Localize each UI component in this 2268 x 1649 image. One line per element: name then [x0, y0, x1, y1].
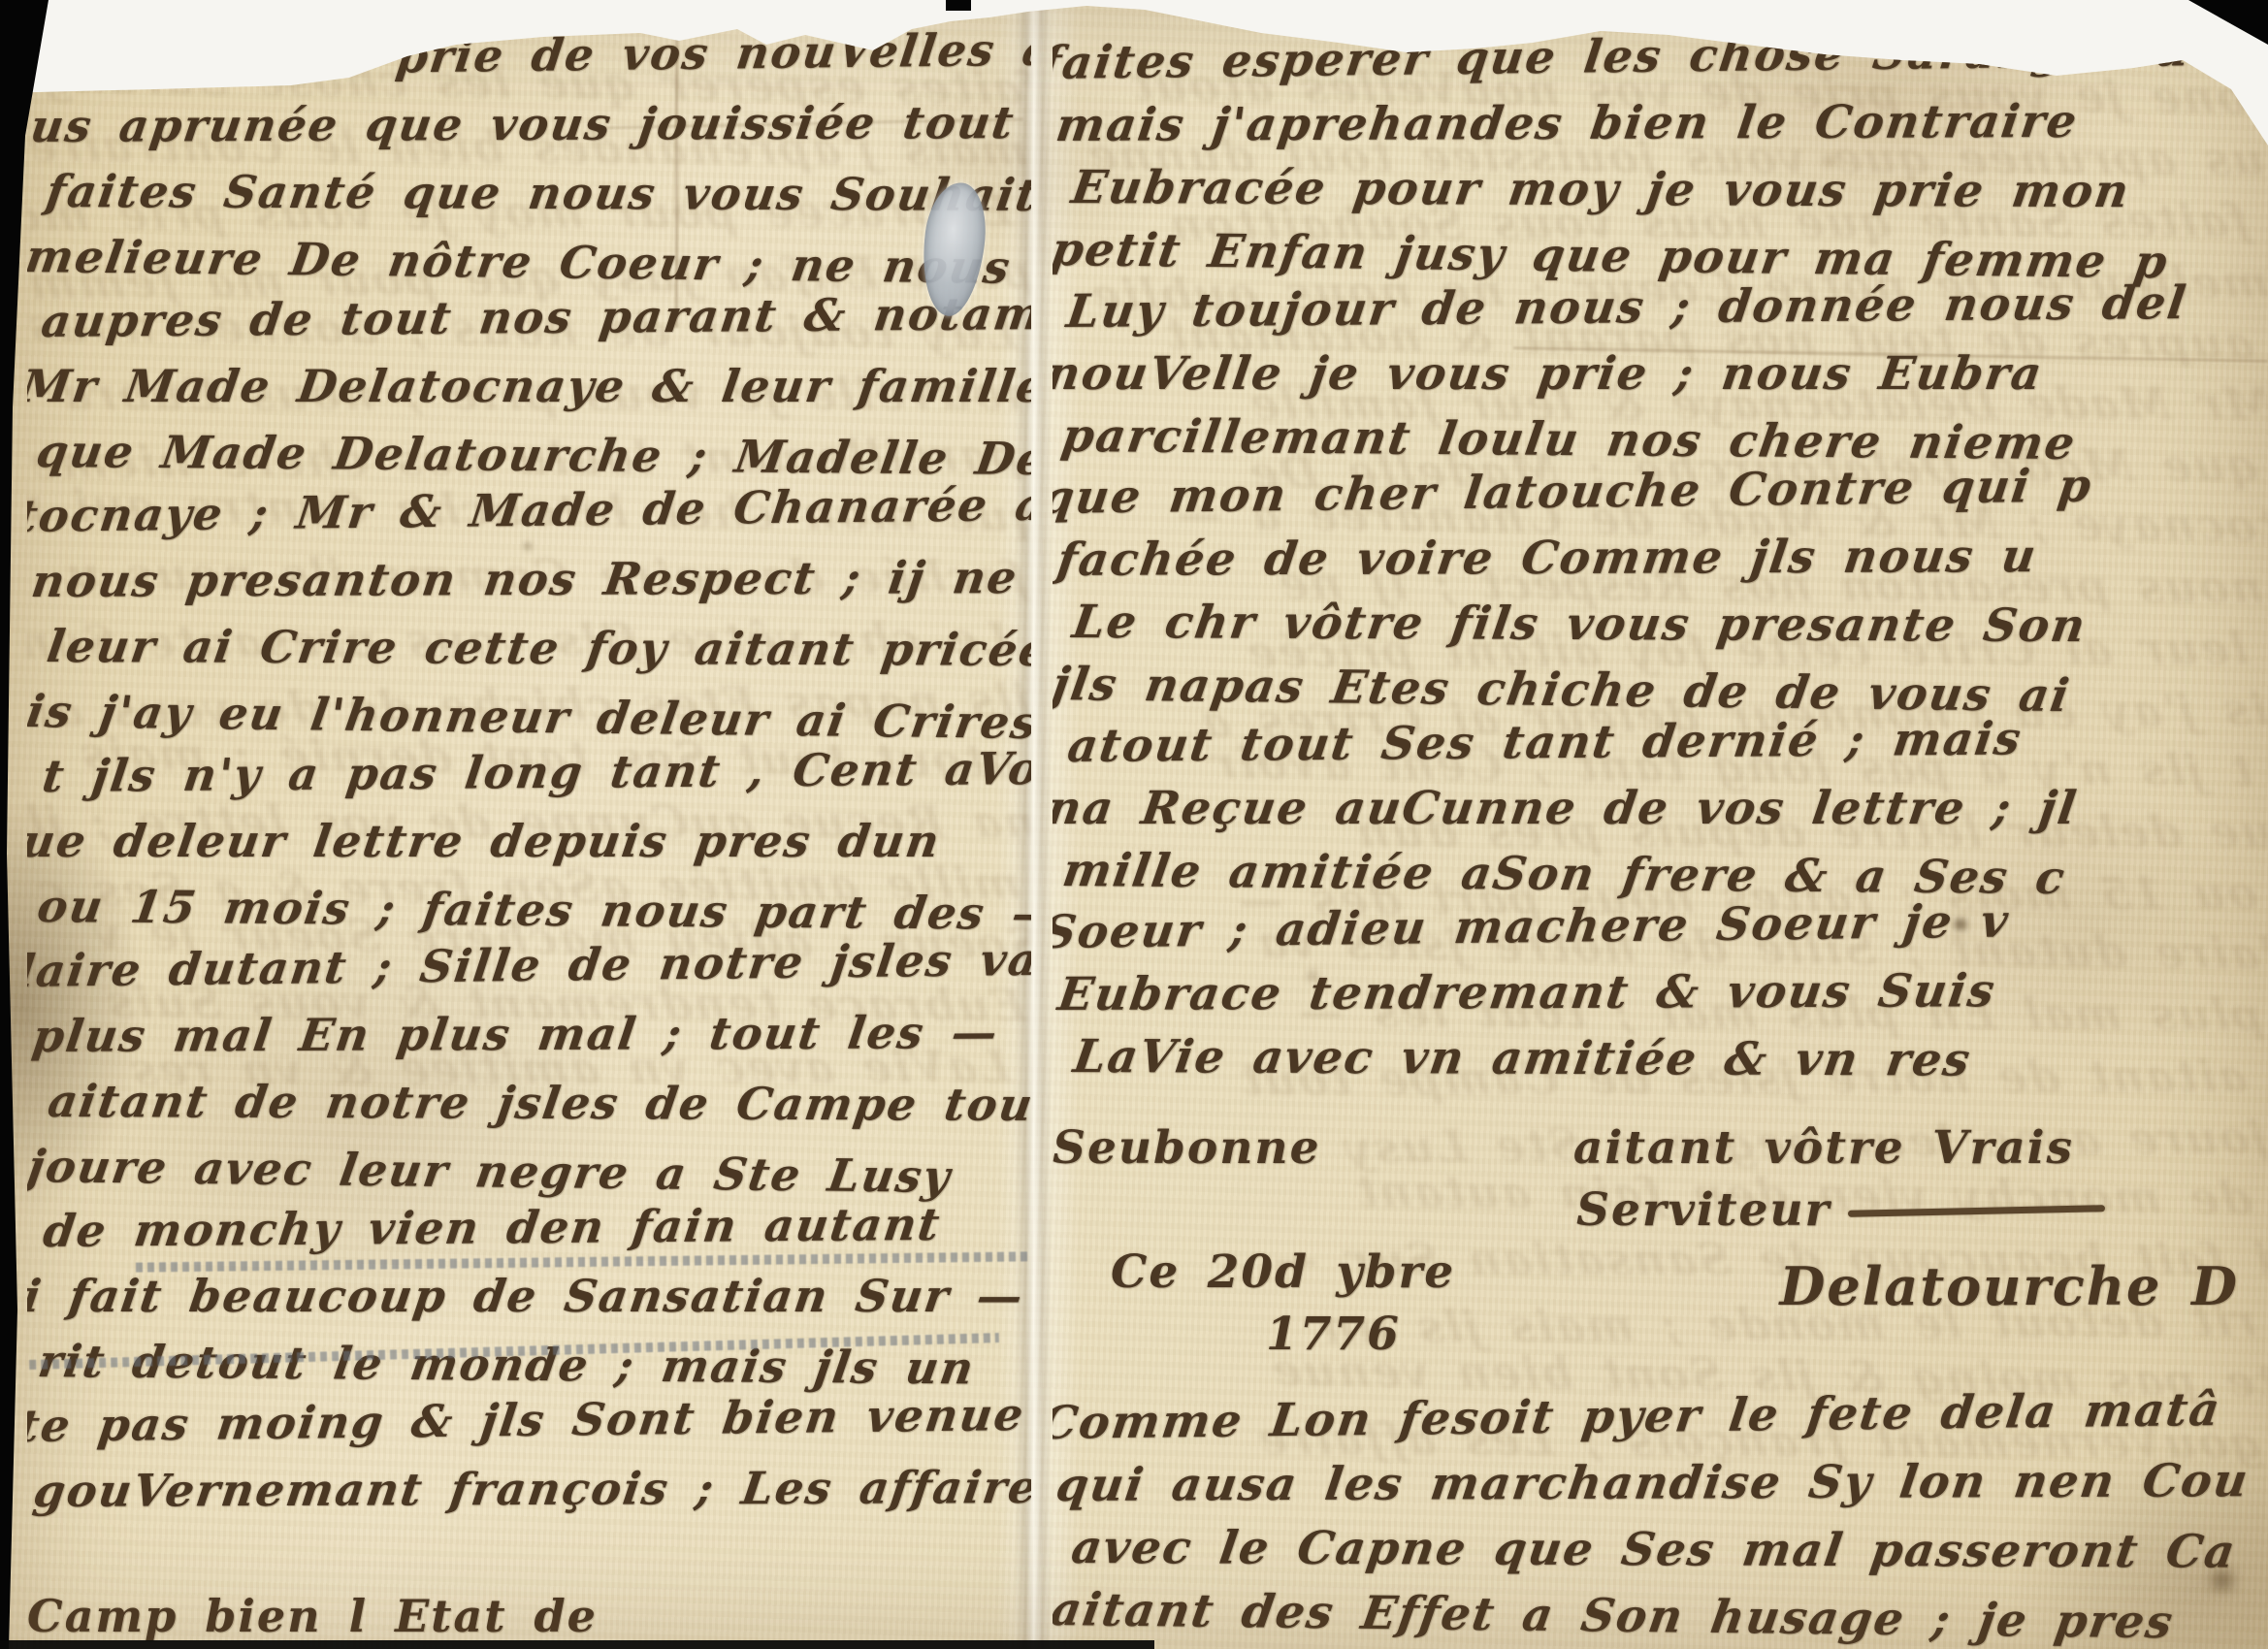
scanner-edge-notch [946, 0, 971, 11]
left-page: done je vous prie de vos nouVelles atout… [27, 29, 1031, 1649]
manuscript-line: faites Santé que nous vous Souhaitton [42, 159, 1031, 228]
right-page-lines: faites esperer que les chose Sarangeroum… [1053, 33, 2268, 1088]
signature: Delatourche D [1780, 1242, 2239, 1317]
closing-phrase: aitant vôtre Vrais [1573, 1117, 2074, 1180]
manuscript-line: us aprunée que vous jouissiée tout dunne [27, 90, 1031, 159]
manuscript-line: atout tout Ses tant dernié ; mais [1064, 707, 2268, 778]
manuscript-line: Comme Lon fesoit pyer le fete dela matâ [1053, 1378, 2268, 1455]
manuscript-line: gouVernemant françois ; Les affaire [29, 1455, 1031, 1524]
manuscript-line: done je vous prie de vos nouVelles atout [27, 29, 1031, 94]
letter-paper: faites esperer que les chose Sarangeroum… [0, 0, 2268, 1649]
manuscript-line: LaVie avec vn amitiée & vn res [1069, 1026, 2268, 1093]
manuscript-line: t jls n'y a pas long tant , Cent aVoir [39, 736, 1031, 809]
manuscript-line: fachée de voire Comme jls nous u [1053, 525, 2268, 592]
manuscript-line: tocnaye ; Mr & Made de Chanarée a — [27, 472, 1031, 549]
manuscript-line: nouVelle je vous prie ; nous Eubra [1053, 343, 2268, 405]
manuscript-line-partial: Camp bien l Etat de [27, 1584, 1031, 1649]
manuscript-line: Luy toujour de nous ; donnée nous del [1063, 272, 2268, 343]
manuscript-line: laire dutant ; Sille de notre jsles va [27, 927, 1031, 1004]
letter-year: 1776 [1266, 1304, 1455, 1366]
manuscript-line: Le chr vôtre fils vous presante Son [1068, 592, 2268, 659]
manuscript-line: avec le Capne que Ses mal passeront Ca [1067, 1517, 2268, 1584]
left-page-lines: done je vous prie de vos nouVelles atout… [27, 29, 1031, 1524]
manuscript-line: Eubrace tendremant & vous Suis [1054, 959, 2268, 1026]
manuscript-line: te pas moing & jls Sont bien venue [27, 1382, 1031, 1459]
manuscript-line: Eubracée pour moy je vous prie mon [1067, 157, 2268, 224]
letter-date: Ce 20d ybre [1111, 1242, 1455, 1304]
postscript-lines: Comme Lon fesoit pyer le fete dela matâq… [1053, 1393, 2268, 1641]
manuscript-line: nous presanton nos Respect ; ij ne [27, 545, 1031, 614]
scanned-letter: faites esperer que les chose Sarangeroum… [0, 0, 2268, 1649]
ink-flourish-line [1848, 1205, 2105, 1217]
scanner-edge-top-right [2181, 0, 2268, 48]
closing-serviteur: Serviteur [1576, 1180, 1831, 1242]
right-page: faites esperer que les chose Sarangeroum… [1053, 33, 2268, 1649]
manuscript-line: na Reçue auCunne de vos lettre ; jl [1053, 778, 2268, 840]
manuscript-line: plus mal En plus mal ; tout les — [28, 1000, 1031, 1069]
manuscript-line: i fait beaucoup de Sansatian Sur — [27, 1264, 1031, 1329]
manuscript-line: que mon cher latouche Contre qui p [1053, 453, 2268, 530]
manuscript-line: aitant des Effet a Son husage ; je pres [1053, 1579, 2268, 1649]
manuscript-line: leur ai Crire cette foy aitant pricée [43, 614, 1031, 683]
manuscript-line: aupres de tout nos parant & notamant [38, 281, 1031, 354]
manuscript-line: faites esperer que les chose Sarangerou [1053, 33, 2268, 95]
manuscript-line: Soeur ; adieu machere Soeur je v [1053, 888, 2268, 964]
manuscript-line: Mr Made Delatocnaye & leur famille [27, 354, 1031, 419]
date-block: Ce 20d ybre 1776 [1111, 1242, 1455, 1366]
scanner-edge-bottom [0, 1640, 1154, 1649]
manuscript-line: qui ausa les marchandise Sy lon nen Cou [1053, 1450, 2268, 1517]
manuscript-line: mais j'aprehandes bien le Contraire [1053, 90, 2268, 157]
manuscript-line: ue deleur lettre depuis pres dun [27, 809, 1031, 874]
closing-word: Seubonne [1053, 1117, 1320, 1180]
manuscript-line: aitant de notre jsles de Campe tout [44, 1069, 1031, 1138]
